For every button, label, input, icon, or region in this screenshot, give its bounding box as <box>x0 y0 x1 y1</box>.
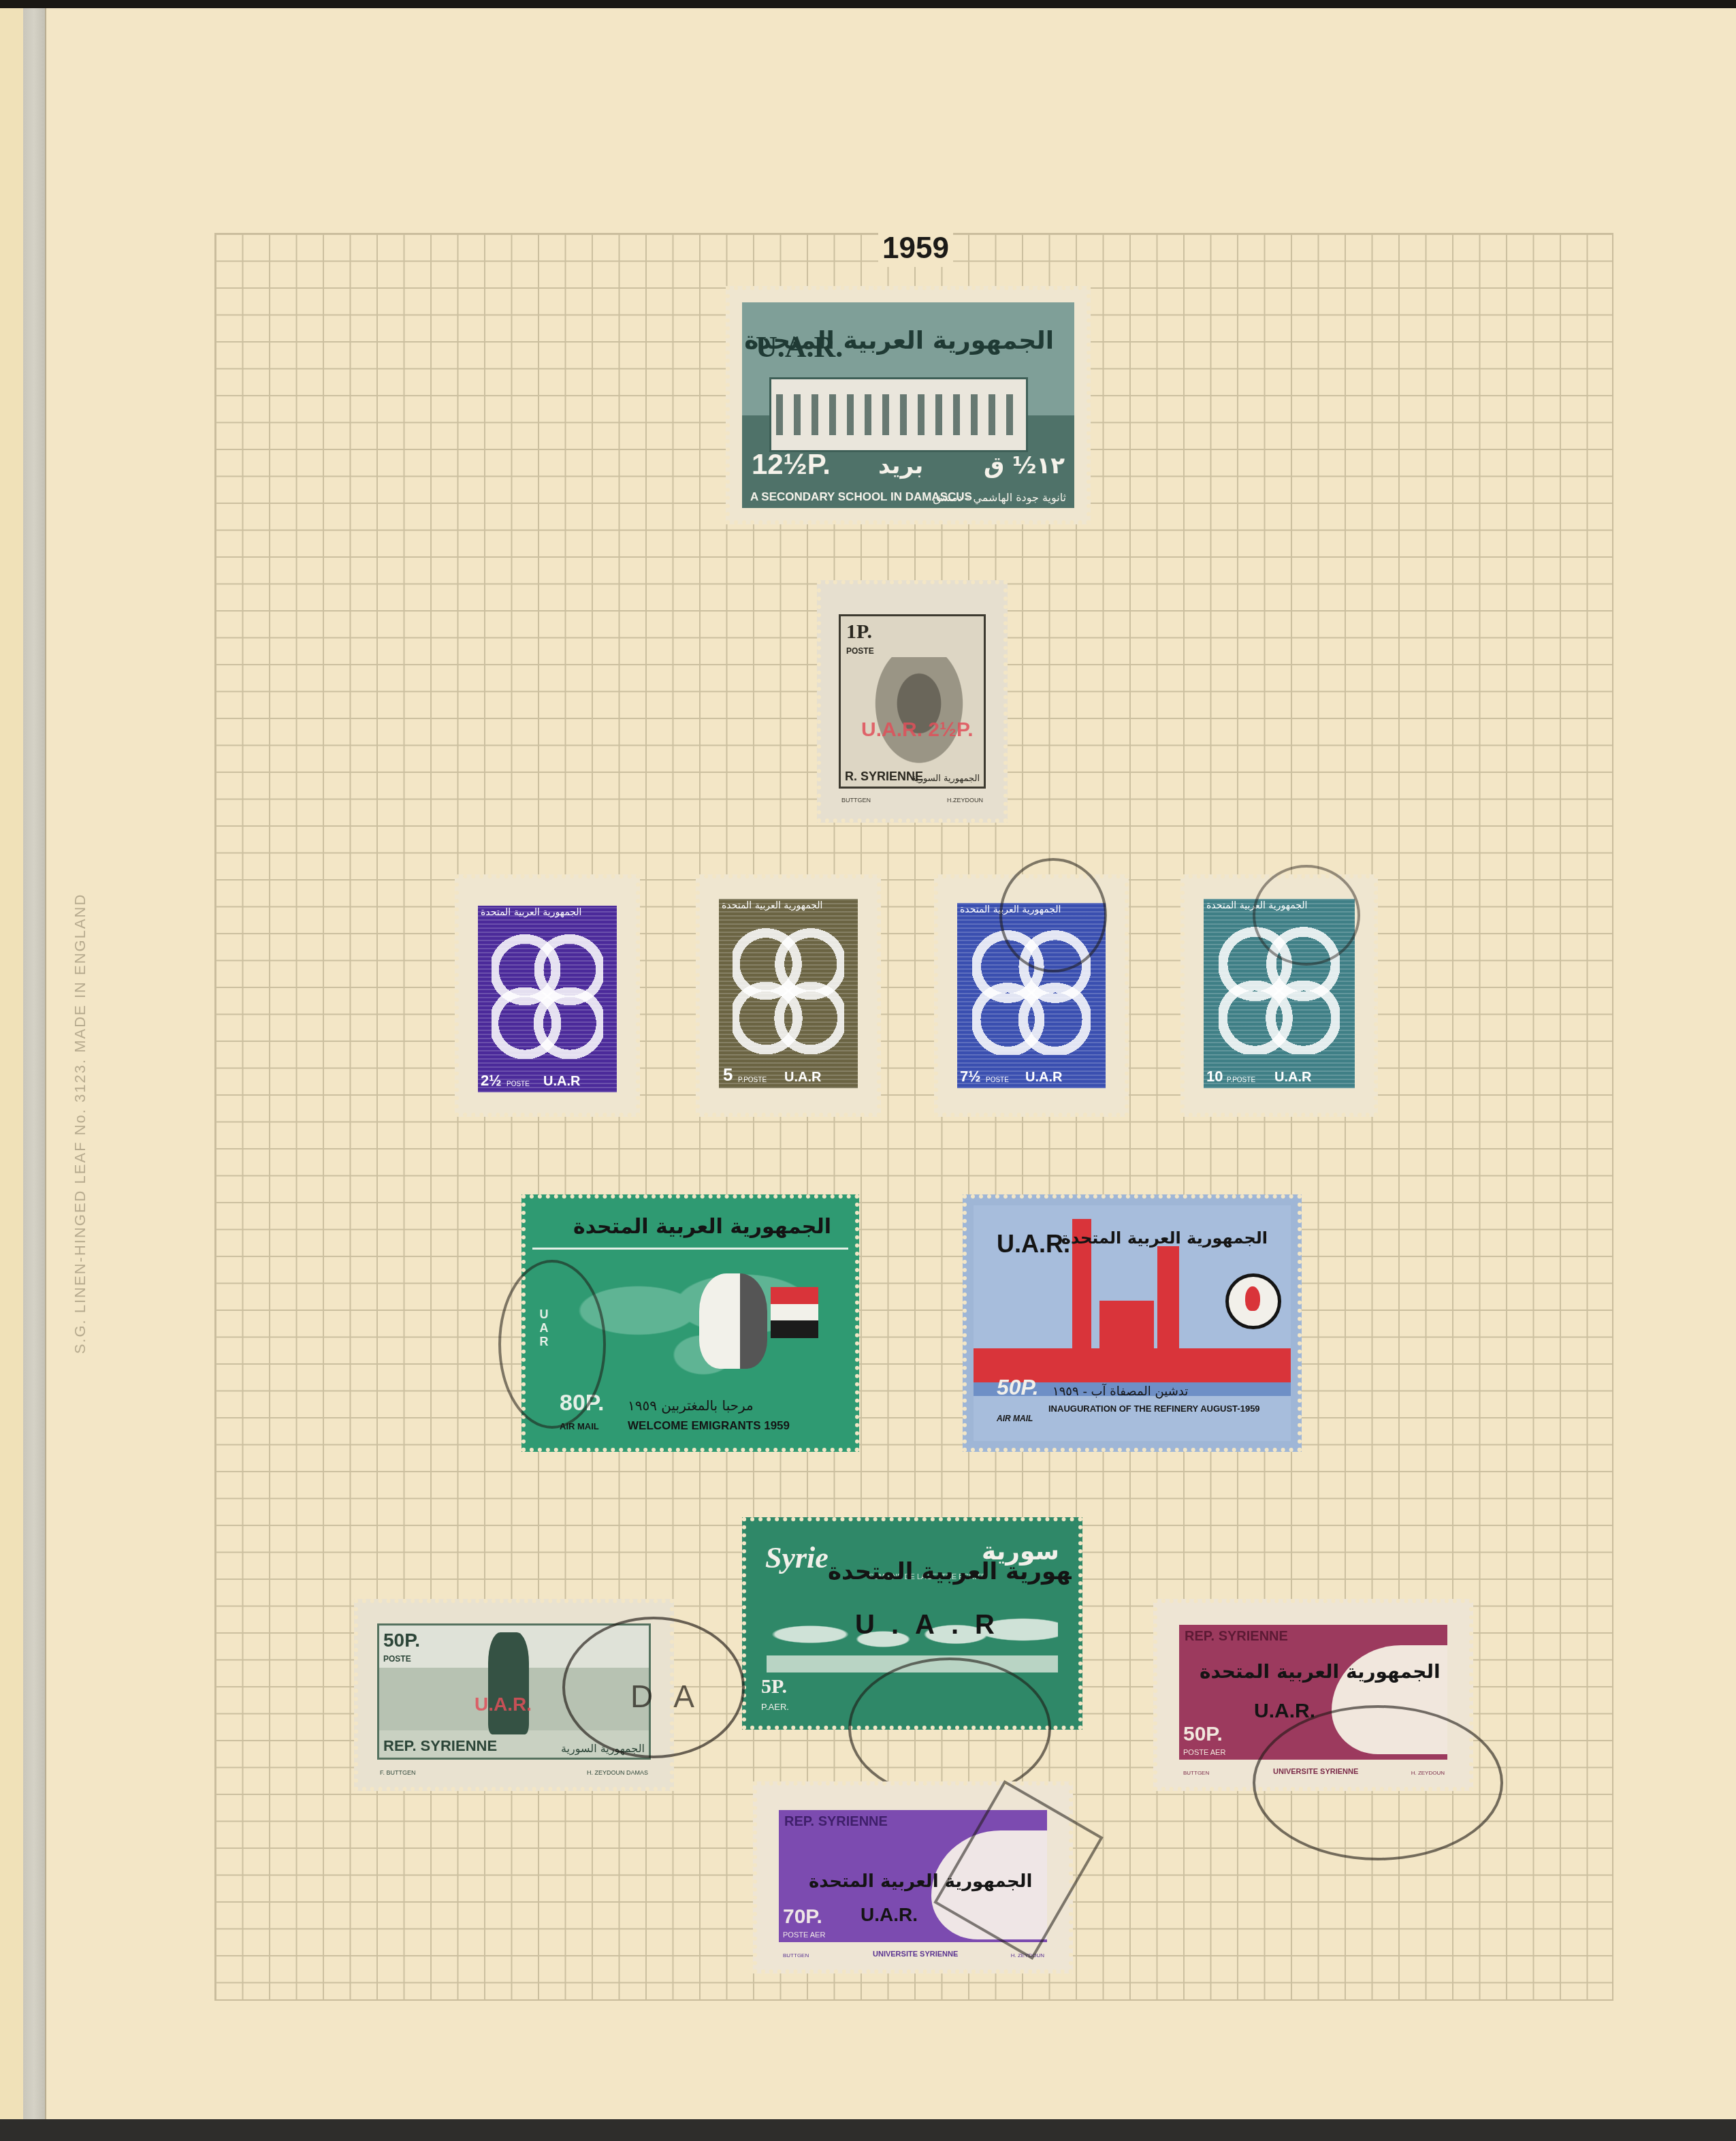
stamp-value: 7½ <box>960 1068 981 1085</box>
stamp-country-latin: U.A.R <box>1025 1070 1062 1085</box>
stamp-service: P.AER. <box>761 1702 789 1712</box>
stamp-value: 10 <box>1206 1068 1223 1085</box>
stamp-caption: UNIVERSITE SYRIENNE <box>1273 1768 1358 1776</box>
stamp-country-arabic: الجمهورية العربية المتحدة <box>722 900 823 911</box>
stamp-value: 5P. <box>761 1675 787 1698</box>
stamp-designer-left: BUTTGEN <box>1183 1770 1209 1776</box>
stamp-arabic-label: بريد <box>878 452 923 479</box>
stamp-value: 70P. <box>783 1905 822 1929</box>
stamp-designer-left: BUTTGEN <box>841 797 871 804</box>
school-building-illustration <box>769 377 1028 452</box>
stamp-value: 50P. <box>1183 1723 1223 1746</box>
stamp-industry-overprint[interactable]: 50P. POSTE U.A.R. REP. SYRIENNE الجمهوري… <box>354 1599 674 1791</box>
stamp-service: AIR MAIL <box>560 1421 599 1431</box>
stamp-overprint: U.A.R. 2½P. <box>861 718 974 742</box>
stamp-country-latin: U.A.R <box>784 1070 821 1085</box>
stamp-value: 5 <box>723 1064 733 1085</box>
stamp-country-latin: REP. SYRIENNE <box>1185 1629 1288 1645</box>
stamp-country-latin: UAR <box>536 1307 551 1348</box>
stamp-poste: P.POSTE <box>1227 1077 1255 1084</box>
stamp-country-latin: U.A.R <box>1274 1070 1311 1085</box>
stamp-harvest-overprint[interactable]: 1P. POSTE U.A.R. 2½P. R. SYRIENNE الجمهو… <box>817 580 1008 823</box>
stamp-designer-right: H.ZEYDOUN <box>947 797 983 804</box>
farmer-illustration <box>868 657 970 773</box>
stamp-country-arabic: الجمهورية العربية المتحدة <box>573 1215 831 1239</box>
stamp-welcome-emigrants[interactable]: الجمهورية العربية المتحدة UAR 80P. AIR M… <box>521 1194 859 1452</box>
stamp-value: 2½ <box>481 1072 502 1090</box>
stamp-arabic-overprint: الجمهورية العربية المتحدة <box>1200 1660 1441 1683</box>
stamp-designer-left: BUTTGEN <box>783 1952 809 1958</box>
stamp-poste: POSTE <box>986 1077 1009 1084</box>
flame-emblem-icon <box>1225 1273 1281 1329</box>
stamp-service: POSTE AER <box>783 1931 825 1939</box>
stamp-secondary-school[interactable]: U.A.R. الجمهورية العربية المتحدة 12½P. ب… <box>726 286 1091 524</box>
stamp-caption: WELCOME EMIGRANTS 1959 <box>628 1419 790 1433</box>
stamp-ornament-7-5[interactable]: الجمهورية العربية المتحدة 7½ POSTE U.A.R <box>934 874 1129 1117</box>
stamp-value: 1P. <box>846 620 872 644</box>
stamp-caption: INAUGURATION OF THE REFINERY AUGUST-1959 <box>1048 1403 1260 1414</box>
stamp-overprint: U.A.R. <box>861 1904 918 1926</box>
stamp-arabic-caption: مرحبا بالمغتربين ١٩٥٩ <box>628 1397 754 1414</box>
stamp-poste: P.POSTE <box>738 1077 767 1084</box>
stamp-letter-week-overprint[interactable]: Syrie سورية SEMAINE DE LA LETTRE ECRITE … <box>742 1517 1082 1730</box>
hinge-edge-line <box>45 8 46 2119</box>
stamp-country-arabic: الجمهورية العربية المتحدة <box>1206 900 1308 911</box>
album-bottom-edge <box>0 2119 1736 2141</box>
stamp-country-arabic: الجمهورية العربية المتحدة <box>481 907 582 918</box>
emigrant-face-illustration <box>699 1273 767 1369</box>
stamp-university-50[interactable]: REP. SYRIENNE الجمهورية العربية المتحدة … <box>1153 1599 1473 1791</box>
stamp-value: 50P. <box>997 1375 1039 1400</box>
adjacent-page-edge <box>0 8 23 2119</box>
stamp-country-arabic: الجمهورية السورية <box>561 1742 645 1755</box>
stamp-university-70[interactable]: REP. SYRIENNE الجمهورية العربية المتحدة … <box>753 1781 1073 1973</box>
stamp-country-arabic: الجمهورية السورية <box>912 774 980 784</box>
stamp-designer-right: H. ZEYDOUN DAMAS <box>587 1769 648 1776</box>
stamp-arabic-caption: تدشين المصفاة آب - ١٩٥٩ <box>1052 1384 1188 1399</box>
stamp-value: 80P. <box>560 1390 605 1416</box>
stamp-country-arabic: الجمهورية العربية المتحدة <box>744 327 1054 355</box>
page-title: 1959 <box>878 230 953 267</box>
stamp-designer-left: F. BUTTGEN <box>380 1769 416 1776</box>
stamp-ornament-10[interactable]: الجمهورية العربية المتحدة 10 P.POSTE U.A… <box>1180 874 1378 1117</box>
stamp-ornament-5[interactable]: الجمهورية العربية المتحدة 5 P.POSTE U.A.… <box>696 874 881 1117</box>
stamp-service: POSTE AER <box>1183 1749 1225 1757</box>
stamp-overprint: U.A.R <box>855 1610 1011 1640</box>
stamp-arabic-overprint: الجمهورية العربية المتحدة <box>828 1558 1072 1585</box>
flag-icon <box>771 1287 818 1338</box>
album-top-edge <box>0 0 1736 8</box>
stamp-arabic-caption: ثانوية جودة الهاشمي - دمشق <box>933 491 1066 504</box>
stamp-country-arabic: الجمهورية العربية المتحدة <box>960 904 1061 915</box>
stamp-ornament-2-5[interactable]: الجمهورية العربية المتحدة 2½ POSTE U.A.R <box>455 874 640 1117</box>
stamp-country-latin: REP. SYRIENNE <box>784 1814 888 1830</box>
stamp-arabic-value: ١٢½ ق <box>984 452 1065 479</box>
stamp-country-latin: REP. SYRIENNE <box>383 1737 497 1755</box>
stamp-poste: POSTE <box>383 1654 411 1664</box>
leaf-imprint: S.G. LINEN-HINGED LEAF No. 3123. MADE IN… <box>71 893 89 1354</box>
postmark-text: DA <box>630 1678 715 1715</box>
stamp-country-latin: U.A.R <box>543 1074 580 1090</box>
stamp-overprint: U.A.R. <box>475 1694 532 1715</box>
stamp-poste: POSTE <box>507 1081 530 1088</box>
stamp-service: AIR MAIL <box>997 1414 1033 1423</box>
stamp-country-latin: Syrie <box>765 1540 829 1575</box>
stamp-poste: POSTE <box>846 646 874 656</box>
stamp-designer-right: H. ZEYDOUN <box>1411 1770 1445 1776</box>
stamp-caption: UNIVERSITE SYRIENNE <box>873 1950 958 1958</box>
stamp-overprint: U.A.R. <box>1254 1700 1315 1723</box>
stamp-country-latin: U.A.R. <box>997 1230 1070 1258</box>
stamp-country-arabic: الجمهورية العربية المتحدة <box>1061 1228 1268 1248</box>
linen-hinge <box>23 8 45 2119</box>
stamp-value: 12½P. <box>752 448 831 481</box>
stamp-refinery[interactable]: U.A.R. الجمهورية العربية المتحدة 50P. AI… <box>963 1194 1302 1452</box>
stamp-value: 50P. <box>383 1630 420 1651</box>
